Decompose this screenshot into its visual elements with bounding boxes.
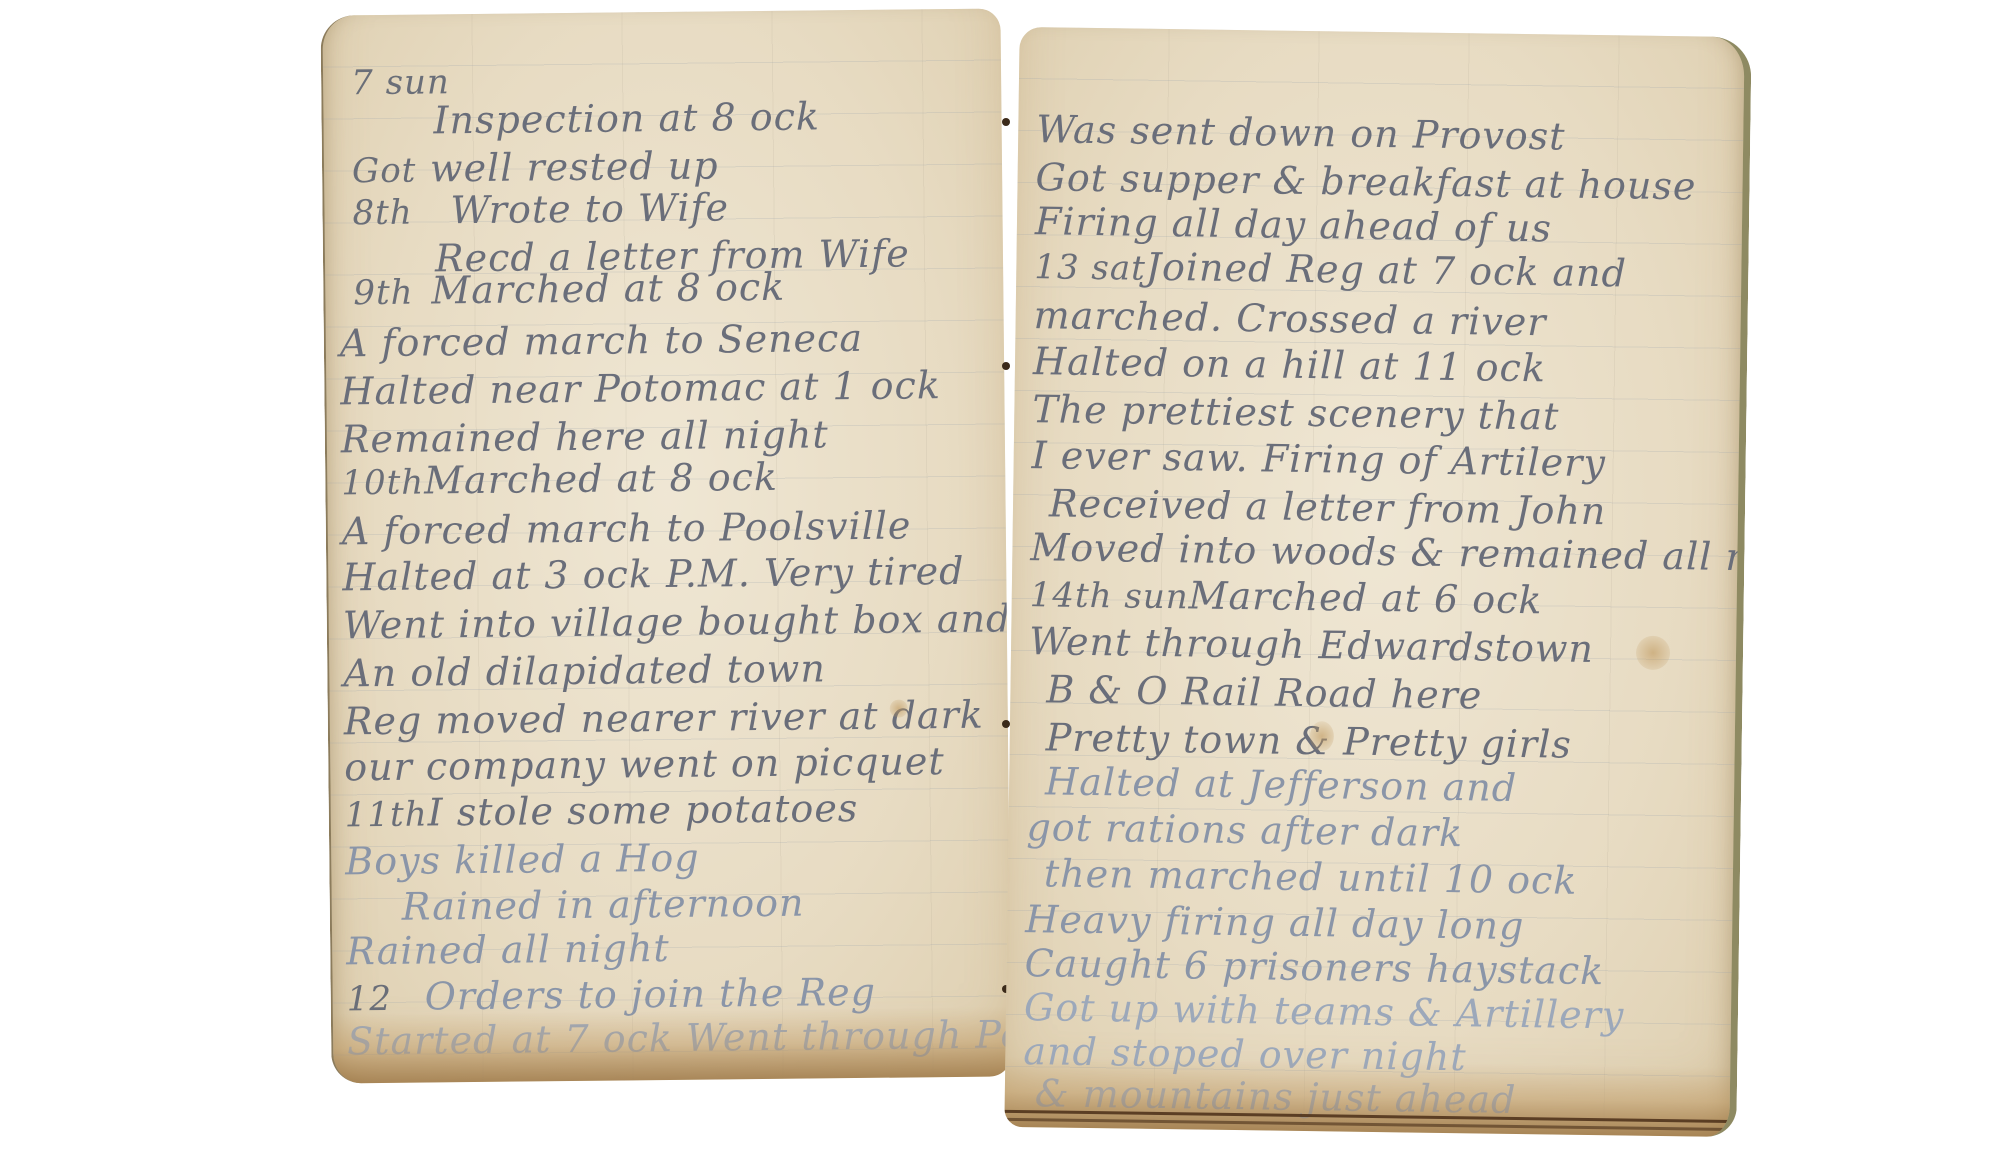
entry-date: 13 sat xyxy=(1034,241,1146,295)
diary-line: 8thWrote to Wife xyxy=(352,181,729,237)
diary-line: Halted near Potomac at 1 ock xyxy=(340,359,941,417)
binding-hole xyxy=(1002,362,1010,370)
diary-line: & mountains just ahead xyxy=(1034,1067,1516,1126)
left-page: 7 sun Inspection at 8 ock Gotwell rested… xyxy=(320,8,1011,1083)
right-page-text: Was sent down on Provost Got supper & br… xyxy=(1020,27,1745,37)
diary-line: Inspection at 8 ock xyxy=(433,90,820,146)
diary-line: 11thI stole some potatoes xyxy=(345,782,859,839)
binding-hole xyxy=(1002,118,1010,126)
diary-line: 9thMarched at 8 ock xyxy=(353,261,785,318)
diary-line: 10thMarched at 8 ock xyxy=(341,451,778,508)
left-page-text: 7 sun Inspection at 8 ock Gotwell rested… xyxy=(322,8,1000,15)
diary-line: Went into village bought box and must xyxy=(343,591,1012,651)
right-page: Was sent down on Provost Got supper & br… xyxy=(1004,27,1751,1137)
entry-date: 8th xyxy=(352,186,431,239)
binding-hole xyxy=(1002,720,1010,728)
diary-line: Started at 7 ock Went through Pool xyxy=(347,1008,1012,1067)
stain xyxy=(1636,636,1670,670)
entry-date: 10th xyxy=(341,457,424,510)
entry-date: 9th xyxy=(353,266,432,319)
entry-date: 11th xyxy=(345,789,428,842)
diary-photo: 7 sun Inspection at 8 ock Gotwell rested… xyxy=(0,0,2000,1167)
